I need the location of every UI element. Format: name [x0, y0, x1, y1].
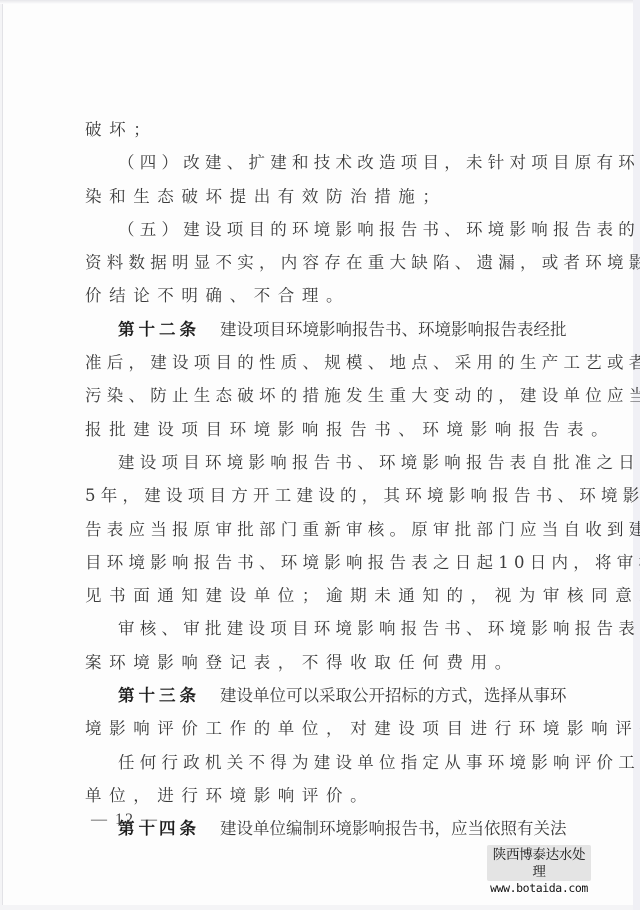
text-line: 染和生态破坏提出有效防治措施； — [85, 180, 561, 213]
text-line: 资 料 数 据 明 显 不 实 ， 内 容 存 在 重 大 缺 陷 、 遗 漏 … — [85, 246, 561, 279]
text-line: （ 四 ） 改 建 、 扩 建 和 技 术 改 造 项 目 ， 未 针 对 项 … — [85, 146, 561, 179]
text-line: 报批建设项目环境影响报告书、环境影响报告表。 — [85, 413, 561, 446]
text-line: 准 后 ， 建 设 项 目 的 性 质 、 规 模 、 地 点 、 采 用 的 … — [85, 346, 561, 379]
page-top-edge — [0, 0, 640, 4]
article-14-text: 建设单位编制环境影响报告书，应当依照有关法 — [220, 819, 567, 838]
text-line: 任 何 行 政 机 关 不 得 为 建 设 单 位 指 定 从 事 环 境 影 … — [85, 746, 561, 779]
document-body: 破坏； （ 四 ） 改 建 、 扩 建 和 技 术 改 造 项 目 ， 未 针 … — [85, 113, 561, 846]
article-12-text: 建设项目环境影响报告书、环境影响报告表经批 — [220, 320, 567, 339]
article-12-heading: 第十二条 — [118, 320, 200, 339]
text-line: 告 表 应 当 报 原 审 批 部 门 重 新 审 核 。 原 审 批 部 门 … — [85, 513, 561, 546]
text-line: 审 核 、 审 批 建 设 项 目 环 境 影 响 报 告 书 、 环 境 影 … — [85, 612, 561, 645]
text-line: 目 环 境 影 响 报 告 书 、 环 境 影 响 报 告 表 之 日 起 1 … — [85, 546, 561, 579]
text-line: 见书面通知建设单位；逾期未通知的，视为审核同意。 — [85, 579, 561, 612]
text-line: 案环境影响登记表，不得收取任何费用。 — [85, 646, 561, 679]
text-line: 境影响评价工作的单位，对建设项目进行环境影响评价。 — [85, 712, 561, 745]
article-13-first-line: 第十三条建设单位可以采取公开招标的方式，选择从事环 — [85, 679, 561, 712]
watermark-name: 陕西博泰达水处理 — [487, 845, 591, 881]
article-12-first-line: 第十二条建设项目环境影响报告书、环境影响报告表经批 — [85, 313, 561, 346]
article-13-heading: 第十三条 — [118, 686, 200, 705]
watermark-url: www.botaida.com — [487, 881, 591, 895]
watermark-badge: 陕西博泰达水处理 www.botaida.com — [487, 845, 591, 881]
page-number: — 12 — — [91, 811, 159, 829]
text-line: 单位，进行环境影响评价。 — [85, 779, 561, 812]
text-line: 破坏； — [85, 113, 561, 146]
text-line: （ 五 ） 建 设 项 目 的 环 境 影 响 报 告 书 、 环 境 影 响 … — [85, 213, 561, 246]
text-line: 建 设 项 目 环 境 影 响 报 告 书 、 环 境 影 响 报 告 表 自 … — [85, 446, 561, 479]
text-line: 污 染 、 防 止 生 态 破 坏 的 措 施 发 生 重 大 变 动 的 ， … — [85, 379, 561, 412]
text-line: 5 年 ， 建 设 项 目 方 开 工 建 设 的 ， 其 环 境 影 响 报 … — [85, 479, 561, 512]
text-line: 价结论不明确、不合理。 — [85, 279, 561, 312]
article-13-text: 建设单位可以采取公开招标的方式，选择从事环 — [220, 686, 567, 705]
